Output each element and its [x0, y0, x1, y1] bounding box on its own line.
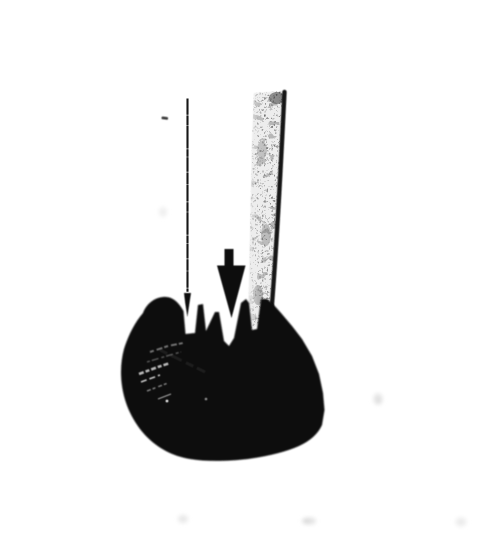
scanned-figure — [0, 0, 504, 550]
scratch-speck — [166, 400, 169, 403]
smudge — [159, 207, 167, 217]
column-dark-clump — [257, 141, 267, 159]
smudge — [377, 400, 381, 404]
scratch-speck — [205, 398, 208, 401]
column-dark-clump — [261, 224, 271, 246]
smudge — [456, 518, 467, 527]
figure-canvas — [0, 0, 504, 550]
smudge — [303, 519, 309, 522]
smudge — [178, 515, 188, 523]
